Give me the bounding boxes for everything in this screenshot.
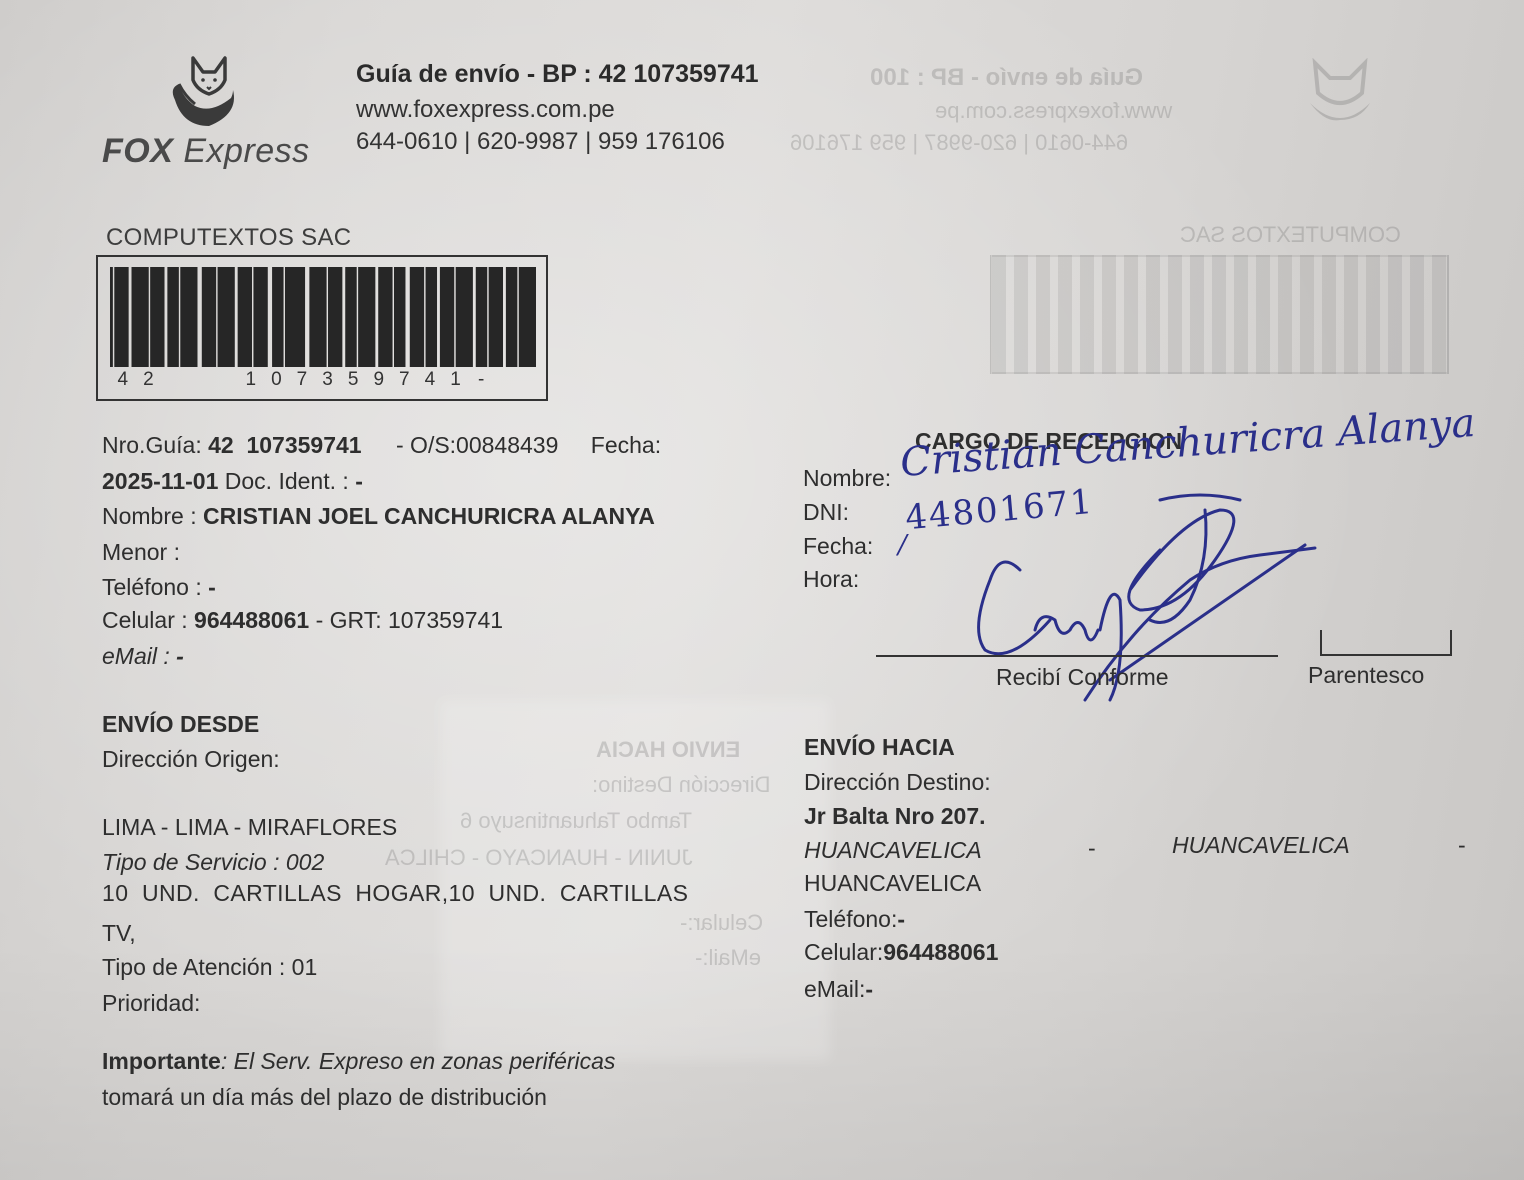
barcode-digit: 4	[417, 369, 443, 391]
important-notice-cont: tomará un día más del plazo de distribuc…	[102, 1084, 547, 1111]
important-notice: Importante: El Serv. Expreso en zonas pe…	[102, 1048, 615, 1075]
parentesco-box	[1320, 630, 1452, 656]
fox-express-logo: FOX Express	[100, 52, 330, 177]
barcode-digit: 1	[238, 369, 264, 391]
handwritten-name: Cristian Canchuricra Alanya	[899, 400, 1477, 486]
bleed-client: COMPUTEXTOS SAC	[1180, 222, 1401, 248]
destination-celular: Celular:964488061	[804, 939, 998, 966]
bleed-phones: 644-0610 | 620-9987 | 959 176106	[790, 130, 1128, 156]
destination-title: ENVÍO HACIA	[804, 734, 955, 761]
nro-guia-value: 42 107359741	[208, 432, 362, 458]
barcode-bars	[110, 267, 536, 367]
guide-title: Guía de envío - BP : 42 107359741	[356, 60, 759, 89]
destination-department: HUANCAVELICA	[804, 870, 981, 897]
barcode-digit	[187, 369, 213, 391]
destination-address-label: Dirección Destino:	[804, 769, 991, 796]
grt-number: - GRT: 107359741	[316, 607, 504, 633]
origin-location: LIMA - LIMA - MIRAFLORES	[102, 814, 397, 841]
bleed-envio-hacia: ENVIO HACIA	[596, 737, 740, 763]
barcode: 42107359741-	[96, 255, 548, 401]
bleed-celular: Celular:-	[680, 910, 763, 936]
cargo-hora-label: Hora:	[803, 566, 859, 593]
origin-address-label: Dirección Origen:	[102, 746, 280, 773]
attention-type: Tipo de Atención : 01	[102, 954, 317, 981]
telefono-row: Teléfono : -	[102, 574, 216, 601]
destination-email: eMail:-	[804, 976, 873, 1003]
signature-line	[876, 655, 1278, 657]
brand-name: FOX Express	[102, 132, 310, 171]
bleed-direccion: Dirección Destino:	[592, 772, 771, 798]
bleed-location: JUNIN - HUANCAYO - CHILCA	[385, 845, 693, 871]
barcode-digits: 42107359741-	[110, 369, 540, 391]
fecha-doc-row: 2025-11-01 Doc. Ident. : -	[102, 468, 363, 495]
barcode-digit	[212, 369, 238, 391]
nro-guia-row: Nro.Guía: 42 107359741 - O/S:00848439 Fe…	[102, 432, 661, 459]
cargo-nombre-label: Nombre:	[803, 465, 891, 492]
barcode-digit: 7	[392, 369, 418, 391]
celular-value: 964488061	[194, 607, 309, 633]
bleed-website: www.foxexpress.com.pe	[935, 98, 1172, 124]
nombre-row: Nombre : CRISTIAN JOEL CANCHURICRA ALANY…	[102, 503, 655, 530]
shipment-contents: 10 UND. CARTILLAS HOGAR,10 UND. CARTILLA…	[102, 880, 688, 907]
origin-title: ENVÍO DESDE	[102, 711, 259, 738]
company-website: www.foxexpress.com.pe	[356, 96, 615, 124]
bleed-title: Guía de envío - BP : 100	[870, 64, 1143, 92]
fox-logo-icon	[165, 54, 247, 130]
priority-label: Prioridad:	[102, 990, 200, 1017]
bleed-barcode	[990, 255, 1449, 374]
destination-address: Jr Balta Nro 207.	[804, 803, 986, 830]
fecha-value: 2025-11-01	[102, 468, 218, 494]
cargo-dni-label: DNI:	[803, 499, 849, 526]
celular-row: Celular : 964488061 - GRT: 107359741	[102, 607, 503, 634]
parentesco-label: Parentesco	[1308, 662, 1424, 689]
cargo-fecha-label: Fecha:	[803, 533, 873, 560]
bleed-address: Tambo Tahuantinsuyo 6	[460, 808, 692, 834]
bleed-email: eMail:-	[695, 945, 761, 971]
destination-separator-2: -	[1458, 832, 1466, 859]
recibi-conforme-label: Recibí Conforme	[996, 664, 1169, 691]
barcode-digit: 2	[136, 369, 162, 391]
service-type: Tipo de Servicio : 002	[102, 849, 324, 876]
barcode-digit: 7	[289, 369, 315, 391]
client-name: COMPUTEXTOS SAC	[106, 224, 351, 252]
destination-province: HUANCAVELICA	[1172, 832, 1350, 859]
menor-row: Menor :	[102, 539, 180, 566]
barcode-digit: 9	[366, 369, 392, 391]
destination-district: HUANCAVELICA	[804, 837, 982, 864]
barcode-digit: 5	[340, 369, 366, 391]
barcode-digit: 0	[264, 369, 290, 391]
destination-separator-1: -	[1088, 835, 1096, 862]
barcode-digit	[161, 369, 187, 391]
barcode-digit: 3	[315, 369, 341, 391]
bleed-logo-icon	[1300, 58, 1380, 133]
handwritten-fecha: /	[898, 530, 907, 560]
barcode-digit: 1	[443, 369, 469, 391]
email-row: eMail : -	[102, 643, 184, 670]
shipment-contents-cont: TV,	[102, 920, 136, 947]
barcode-digit: -	[468, 369, 494, 391]
destination-telefono: Teléfono:-	[804, 906, 905, 933]
barcode-digit: 4	[110, 369, 136, 391]
os-number: - O/S:00848439	[396, 432, 558, 458]
recipient-name: CRISTIAN JOEL CANCHURICRA ALANYA	[203, 503, 655, 529]
company-phones: 644-0610 | 620-9987 | 959 176106	[356, 128, 725, 156]
